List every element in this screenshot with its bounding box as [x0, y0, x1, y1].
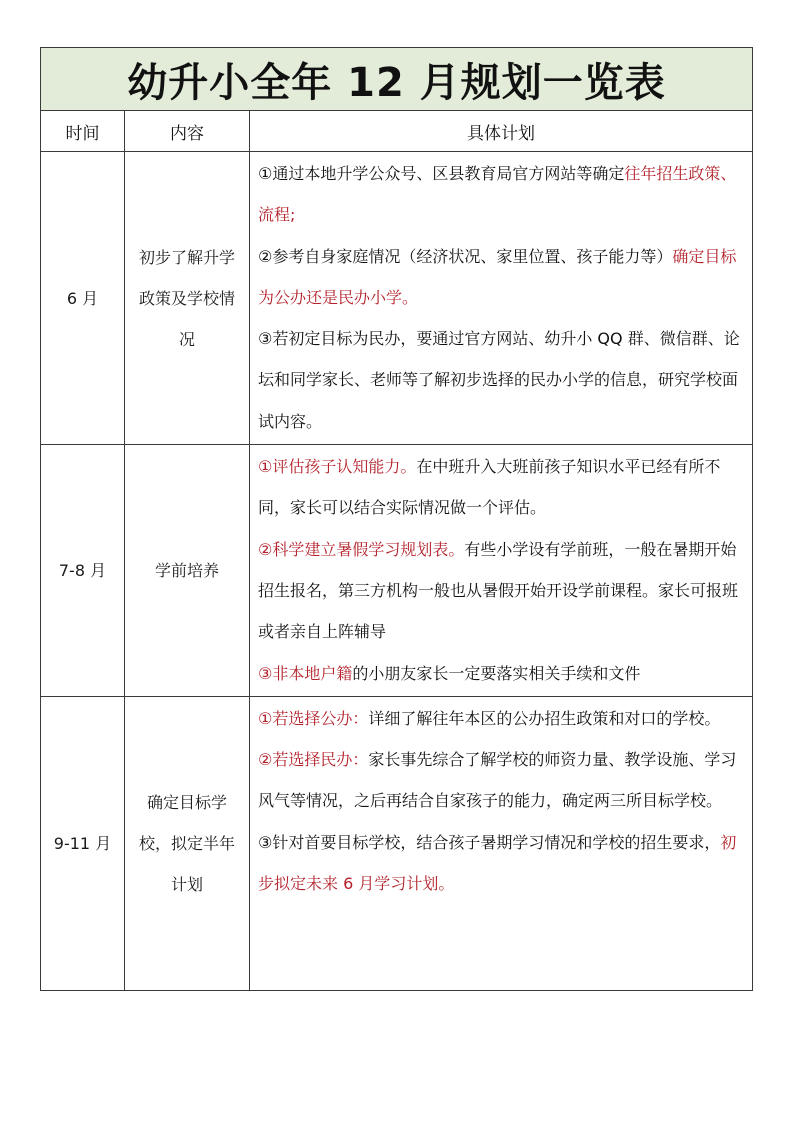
plan-highlight-text: ①若选择公办： — [258, 709, 368, 728]
plan-item: ①通过本地升学公众号、区县教育局官方网站等确定往年招生政策、流程; — [258, 153, 744, 236]
header-content: 内容 — [125, 111, 250, 152]
page-title: 幼升小全年 12 月规划一览表 — [41, 48, 753, 111]
content-text: 初步了解升学政策及学校情况 — [125, 237, 249, 360]
plan-highlight-text: ②科学建立暑假学习规划表。 — [258, 540, 464, 559]
plan-text: 的小朋友家长一定要落实相关手续和文件 — [352, 664, 640, 683]
header-plan: 具体计划 — [250, 111, 753, 152]
plan-item: ②科学建立暑假学习规划表。有些小学设有学前班，一般在暑期开始招生报名，第三方机构… — [258, 529, 744, 653]
content-cell: 初步了解升学政策及学校情况 — [125, 152, 250, 445]
plan-table: 幼升小全年 12 月规划一览表 时间 内容 具体计划 6 月 初步了解升学政策及… — [40, 47, 753, 991]
content-cell: 确定目标学校，拟定半年计划 — [125, 696, 250, 990]
time-cell: 6 月 — [41, 152, 125, 445]
time-cell: 9-11 月 — [41, 696, 125, 990]
plan-cell: ①评估孩子认知能力。在中班升入大班前孩子知识水平已经有所不同，家长可以结合实际情… — [250, 445, 753, 697]
plan-cell: ①通过本地升学公众号、区县教育局官方网站等确定往年招生政策、流程;②参考自身家庭… — [250, 152, 753, 445]
plan-item: ①评估孩子认知能力。在中班升入大班前孩子知识水平已经有所不同，家长可以结合实际情… — [258, 446, 744, 529]
plan-text: ③若初定目标为民办，要通过官方网站、幼升小 QQ 群、微信群、论坛和同学家长、老… — [258, 329, 740, 431]
table-row: 9-11 月 确定目标学校，拟定半年计划 ①若选择公办：详细了解往年本区的公办招… — [41, 696, 753, 990]
plan-highlight-text: ①评估孩子认知能力。 — [258, 457, 416, 476]
header-time: 时间 — [41, 111, 125, 152]
plan-text: ②参考自身家庭情况（经济状况、家里位置、孩子能力等） — [258, 247, 672, 266]
plan-item: ③若初定目标为民办，要通过官方网站、幼升小 QQ 群、微信群、论坛和同学家长、老… — [258, 318, 744, 442]
plan-cell: ①若选择公办：详细了解往年本区的公办招生政策和对口的学校。②若选择民办：家长事先… — [250, 696, 753, 990]
table-row: 6 月 初步了解升学政策及学校情况 ①通过本地升学公众号、区县教育局官方网站等确… — [41, 152, 753, 445]
plan-text: ①通过本地升学公众号、区县教育局官方网站等确定 — [258, 164, 624, 183]
plan-item: ①若选择公办：详细了解往年本区的公办招生政策和对口的学校。 — [258, 698, 744, 739]
content-text: 确定目标学校，拟定半年计划 — [125, 782, 249, 905]
content-text: 学前培养 — [125, 550, 249, 591]
plan-item: ③针对首要目标学校，结合孩子暑期学习情况和学校的招生要求，初步拟定未来 6 月学… — [258, 822, 744, 905]
plan-item: ②参考自身家庭情况（经济状况、家里位置、孩子能力等）确定目标为公办还是民办小学。 — [258, 236, 744, 319]
table-row: 7-8 月 学前培养 ①评估孩子认知能力。在中班升入大班前孩子知识水平已经有所不… — [41, 445, 753, 697]
plan-highlight-text: ②若选择民办： — [258, 750, 368, 769]
plan-item: ③非本地户籍的小朋友家长一定要落实相关手续和文件 — [258, 653, 744, 694]
time-cell: 7-8 月 — [41, 445, 125, 697]
content-cell: 学前培养 — [125, 445, 250, 697]
plan-highlight-text: ③非本地户籍 — [258, 664, 352, 683]
plan-text: 详细了解往年本区的公办招生政策和对口的学校。 — [368, 709, 720, 728]
plan-highlight-text: ; — [290, 205, 295, 224]
plan-item: ②若选择民办：家长事先综合了解学校的师资力量、教学设施、学习风气等情况，之后再结… — [258, 739, 744, 822]
plan-text: ③针对首要目标学校，结合孩子暑期学习情况和学校的招生要求， — [258, 833, 720, 852]
